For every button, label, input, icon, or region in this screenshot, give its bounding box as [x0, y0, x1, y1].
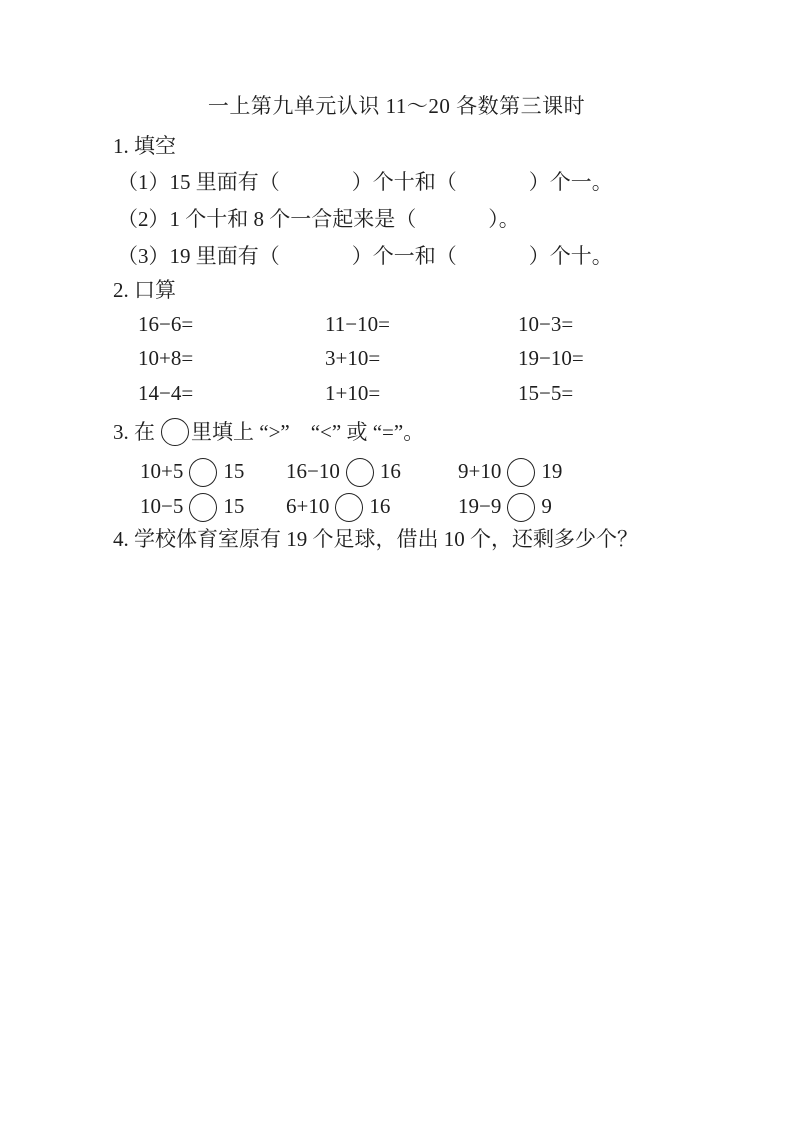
compare-left-expression: 9+10: [458, 459, 501, 483]
calc-expression: 15−5=: [518, 380, 573, 406]
compare-left-expression: 6+10: [286, 494, 329, 518]
text-segment: ）个十。: [529, 244, 613, 268]
worksheet-title: 一上第九单元认识 11～20 各数第三课时: [0, 93, 793, 119]
section1-heading: 1. 填空: [113, 133, 176, 159]
calc-expression: 11−10=: [325, 311, 390, 337]
section3-heading: 3. 在里填上 “>” “<” 或 “=”。: [113, 415, 424, 449]
compare-right-value: 16: [380, 459, 401, 483]
compare-circle-icon: [346, 458, 374, 487]
compare-right-value: 15: [223, 494, 244, 518]
calc-expression: 10+8=: [138, 345, 193, 371]
calc-expression: 14−4=: [138, 380, 193, 406]
compare-left-expression: 16−10: [286, 459, 340, 483]
text-segment: ）个一。: [529, 170, 613, 194]
compare-cell: 10+515: [140, 453, 244, 489]
compare-right-value: 15: [223, 459, 244, 483]
compare-cell: 16−1016: [286, 453, 401, 489]
compare-cell: 10−515: [140, 488, 244, 524]
compare-cell: 6+1016: [286, 488, 390, 524]
section4-problem: 4. 学校体育室原有 19 个足球，借出 10 个，还剩多少个？: [113, 526, 638, 552]
text-segment: （1）15 里面有（: [117, 170, 280, 194]
calc-expression: 10−3=: [518, 311, 573, 337]
compare-left-expression: 10−5: [140, 494, 183, 518]
section3-heading-suffix: 里填上 “>” “<” 或 “=”。: [191, 420, 424, 444]
text-segment: （2）1 个十和 8 个一合起来是（: [117, 207, 416, 231]
calc-expression: 3+10=: [325, 345, 380, 371]
compare-circle-icon: [507, 493, 535, 522]
fill-blank-line: （1）15 里面有（）个十和（）个一。: [117, 164, 613, 201]
text-segment: （3）19 里面有（: [117, 244, 280, 268]
compare-left-expression: 10+5: [140, 459, 183, 483]
compare-circle-icon: [335, 493, 363, 522]
calc-expression: 19−10=: [518, 345, 584, 371]
compare-right-value: 16: [369, 494, 390, 518]
text-segment: ）个十和（: [352, 170, 457, 194]
text-segment: ）个一和（: [352, 244, 457, 268]
fill-in-blank-list: （1）15 里面有（）个十和（）个一。（2）1 个十和 8 个一合起来是（）。（…: [117, 164, 613, 275]
compare-left-expression: 19−9: [458, 494, 501, 518]
section2-heading: 2. 口算: [113, 277, 176, 303]
calc-expression: 16−6=: [138, 311, 193, 337]
circle-placeholder-icon: [161, 418, 189, 446]
section3-heading-prefix: 3. 在: [113, 420, 155, 444]
compare-right-value: 19: [541, 459, 562, 483]
compare-circle-icon: [189, 493, 217, 522]
compare-circle-icon: [189, 458, 217, 487]
fill-blank-line: （3）19 里面有（）个一和（）个十。: [117, 238, 613, 275]
text-segment: ）。: [488, 207, 520, 231]
compare-cell: 19−99: [458, 488, 552, 524]
calc-expression: 1+10=: [325, 380, 380, 406]
worksheet-page: 一上第九单元认识 11～20 各数第三课时 1. 填空 （1）15 里面有（）个…: [0, 0, 793, 1122]
compare-circle-icon: [507, 458, 535, 487]
fill-blank-line: （2）1 个十和 8 个一合起来是（）。: [117, 201, 613, 238]
compare-right-value: 9: [541, 494, 552, 518]
compare-cell: 9+1019: [458, 453, 562, 489]
